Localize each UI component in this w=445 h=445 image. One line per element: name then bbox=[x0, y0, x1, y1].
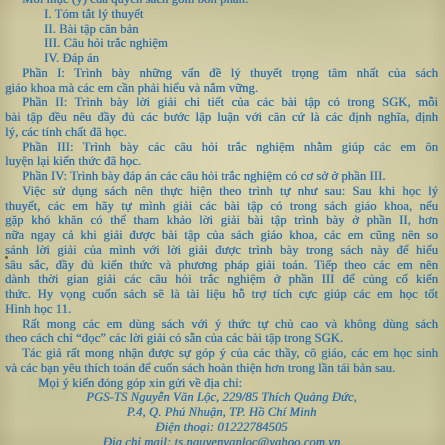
paragraph-line: luyện lại kiến thức đã học. bbox=[5, 154, 438, 169]
paragraph-line: thuyết, các em hãy tự mình giải các bài … bbox=[5, 199, 438, 214]
paragraph-line: lý, các tính chất đã học. bbox=[5, 125, 438, 140]
paragraph-line: gặp khó khăn có thể tham khảo lời giải b… bbox=[5, 213, 438, 228]
paragraph-line: giáo khoa mà các em cần phải hiểu và nắm… bbox=[5, 81, 438, 96]
paragraph-line: Phần I: Trình bày những vấn đề lý thuyết… bbox=[5, 66, 438, 81]
list-item-part-2: II. Bài tập căn bản bbox=[5, 22, 438, 37]
paragraph-line: Việc sử dụng sách nên thực hiện theo trì… bbox=[5, 184, 438, 199]
paragraph-line: Tác giả rất mong nhận được sự góp ý của … bbox=[5, 346, 438, 361]
contact-address-line-2: P.4, Q. Phú Nhuận, TP. Hồ Chí Minh bbox=[5, 405, 438, 420]
paragraph-line: sâu sắc, đầy đủ kiến thức và phương pháp… bbox=[5, 258, 438, 273]
paragraph-line: Rất mong các em dùng sách với ý thức tự … bbox=[5, 317, 438, 332]
paragraph-line: thức. Hy vọng cuốn sách sẽ là tài liệu h… bbox=[5, 287, 438, 302]
contact-address-line-1: PGS-TS Nguyễn Văn Lộc, 229/85 Thích Quản… bbox=[5, 390, 438, 405]
contact-email-line: Địa chỉ mail: ts.nguyenvanloc@yahoo.com.… bbox=[5, 435, 438, 445]
list-item-part-4: IV. Đáp án bbox=[5, 51, 438, 66]
page-text-block: Mỗi mục (ý) của quyển sách gồm bốn phần:… bbox=[5, 0, 438, 445]
paragraph-line: Phần III: Trình bày các câu hỏi trắc ngh… bbox=[5, 140, 438, 155]
paragraph-line: theo cách chỉ “đọc” các lời giải có sẵn … bbox=[5, 331, 438, 346]
paragraph-line: bài tập đều nêu đầy đủ các bước lập luận… bbox=[5, 110, 438, 125]
list-item-part-3: III. Câu hỏi trắc nghiệm bbox=[5, 36, 438, 51]
paragraph-line: và các bạn yêu thích toán để cuốn sách h… bbox=[5, 361, 438, 376]
paragraph-line: Phần IV: Trình bày đáp án các câu hỏi tr… bbox=[5, 169, 438, 184]
paragraph-line: Hình học 11. bbox=[5, 302, 438, 317]
paragraph-line: dành thời gian giải các câu hỏi trắc ngh… bbox=[5, 272, 438, 287]
paper-speck bbox=[9, 88, 11, 90]
intro-line-cut-top: Mỗi mục (ý) của quyển sách gồm bốn phần: bbox=[5, 0, 438, 7]
paragraph-line: nữa ngay cả khi giải được bài tập của sá… bbox=[5, 228, 438, 243]
list-item-part-1: I. Tóm tắt lý thuyết bbox=[5, 7, 438, 22]
contact-intro-line: Mọi ý kiến đóng góp xin gửi về địa chỉ: bbox=[5, 376, 438, 391]
paragraph-line: sánh lời giải của mình với lời giải được… bbox=[5, 243, 438, 258]
paper-speck bbox=[5, 256, 8, 259]
paragraph-line: Phần II: Trình bày lời giải chi tiết của… bbox=[5, 95, 438, 110]
contact-phone-line: Điện thoại: 01222784505 bbox=[5, 420, 438, 435]
scanned-page: Mỗi mục (ý) của quyển sách gồm bốn phần:… bbox=[0, 0, 445, 445]
